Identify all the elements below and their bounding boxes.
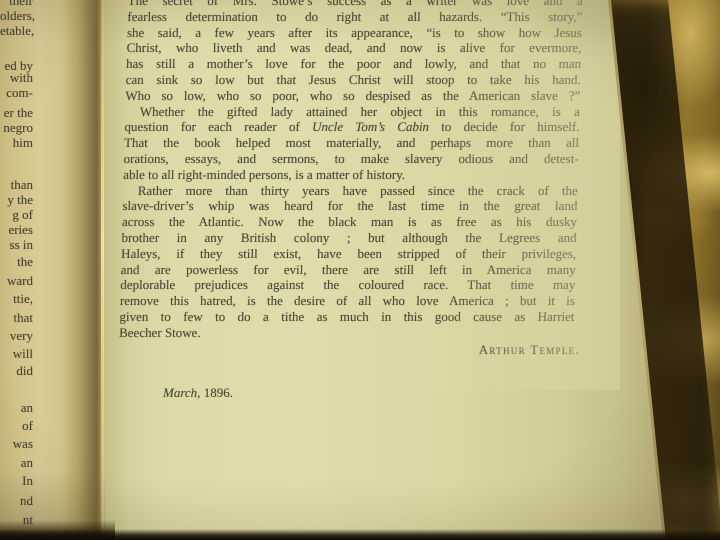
left-text-fragment: that bbox=[0, 311, 33, 325]
date-year: 1896. bbox=[200, 385, 233, 400]
left-text-fragment: did bbox=[0, 364, 33, 378]
left-text-fragment: ward bbox=[0, 274, 33, 288]
left-page: theirolders,etable,ed bywithcom-er thene… bbox=[0, 0, 105, 540]
left-text-fragment: y the bbox=[0, 193, 33, 207]
table-shadow bbox=[0, 529, 720, 540]
left-text-fragment: of bbox=[0, 419, 33, 433]
left-text-fragment: him bbox=[0, 136, 33, 150]
left-text-fragment: In bbox=[0, 474, 33, 488]
left-text-fragment: ttie, bbox=[0, 292, 33, 306]
left-text-fragment: com- bbox=[0, 86, 33, 100]
gutter-crease bbox=[101, 0, 104, 540]
text-segment: question for each reader of bbox=[124, 119, 312, 134]
left-text-fragment: olders, bbox=[0, 9, 33, 23]
left-text-fragment: will bbox=[0, 347, 33, 361]
left-text-fragment: etable, bbox=[0, 24, 33, 38]
left-text-fragment: g of bbox=[0, 208, 33, 222]
left-text-fragment: ss in bbox=[0, 238, 33, 252]
left-text-fragment: with bbox=[0, 71, 33, 85]
left-text-fragment: an bbox=[0, 456, 33, 470]
left-text-fragment: very bbox=[0, 329, 33, 343]
ink-fade-overlay bbox=[420, 0, 620, 390]
left-text-fragment: their bbox=[0, 0, 33, 8]
left-text-fragment: negro bbox=[0, 121, 33, 135]
left-text-fragment: the bbox=[0, 255, 33, 269]
right-page: The secret of Mrs. Stowe’s success as a … bbox=[0, 0, 720, 540]
left-text-fragment: nd bbox=[0, 494, 33, 508]
left-text-fragment: was bbox=[0, 437, 33, 451]
book-photo: The secret of Mrs. Stowe’s success as a … bbox=[0, 0, 720, 540]
book-title-italic: Uncle Tom’s Cabin bbox=[312, 119, 429, 134]
left-text-fragment: eries bbox=[0, 223, 33, 237]
date-month: March, bbox=[163, 385, 200, 400]
left-text-fragment: an bbox=[0, 401, 33, 415]
left-text-fragment: than bbox=[0, 178, 33, 192]
left-text-fragment: er the bbox=[0, 106, 33, 120]
publication-date: March, 1896. bbox=[163, 385, 233, 401]
